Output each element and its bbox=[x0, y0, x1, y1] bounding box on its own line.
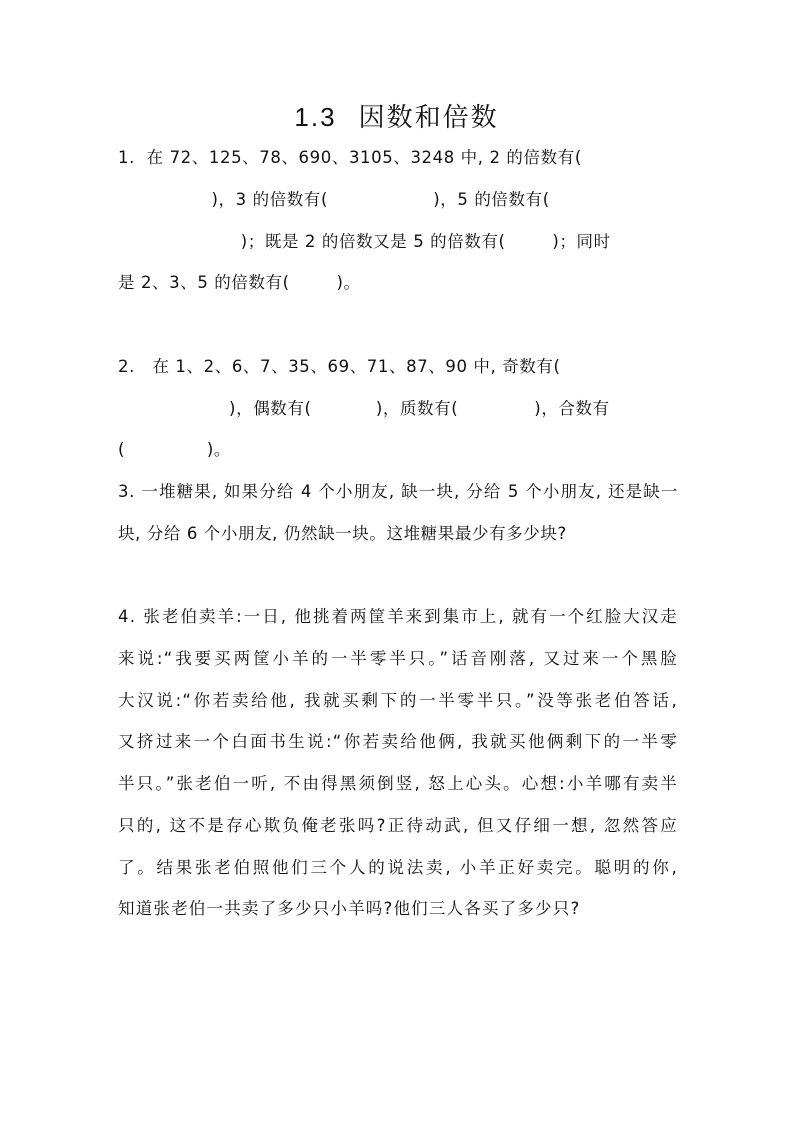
question-4-line-2: 来说:“我要买两筐小羊的一半零半只。”话音刚落, 又过来一个黑脸 bbox=[118, 648, 678, 670]
question-4-line-5: 半只。”张老伯一听, 不由得黑须倒竖, 怒上心头。心想:小羊哪有卖半 bbox=[118, 773, 678, 795]
question-1-line-3: )；既是 2 的倍数又是 5 的倍数有( )；同时 bbox=[118, 231, 678, 253]
question-4-line-6: 只的, 这不是存心欺负俺老张吗?正待动武, 但又仔细一想, 忽然答应 bbox=[118, 815, 678, 837]
question-2-line-1: 2. 在 1、2、6、7、35、69、71、87、90 中, 奇数有( bbox=[118, 356, 678, 378]
question-3-line-2: 块, 分给 6 个小朋友, 仍然缺一块。这堆糖果最少有多少块? bbox=[118, 523, 678, 545]
question-2-line-2: )，偶数有( )，质数有( )，合数有 bbox=[118, 398, 678, 420]
question-4-line-8: 知道张老伯一共卖了多少只小羊吗?他们三人各买了多少只? bbox=[118, 898, 678, 920]
question-1-line-4: 是 2、3、5 的倍数有( )。 bbox=[118, 272, 678, 294]
question-1-line-2: )，3 的倍数有( )，5 的倍数有( bbox=[118, 189, 678, 211]
question-1-line-1: 1. 在 72、125、78、690、3105、3248 中, 2 的倍数有( bbox=[118, 147, 678, 169]
worksheet-page: 1.3因数和倍数 1. 在 72、125、78、690、3105、3248 中,… bbox=[0, 0, 793, 1122]
title-number: 1.3 bbox=[294, 102, 336, 132]
page-title: 1.3因数和倍数 bbox=[0, 100, 793, 135]
question-2-line-3: ( )。 bbox=[118, 439, 678, 461]
question-3-line-1: 3. 一堆糖果, 如果分给 4 个小朋友, 缺一块, 分给 5 个小朋友, 还是… bbox=[118, 481, 678, 503]
title-text: 因数和倍数 bbox=[359, 103, 499, 133]
question-4-line-1: 4. 张老伯卖羊:一日, 他挑着两筐羊来到集市上, 就有一个红脸大汉走 bbox=[118, 606, 678, 628]
question-4-line-7: 了。结果张老伯照他们三个人的说法卖, 小羊正好卖完。聪明的你, bbox=[118, 857, 678, 879]
question-4-line-4: 又挤过来一个白面书生说:“你若卖给他俩, 我就买他俩剩下的一半零 bbox=[118, 731, 678, 753]
question-4-line-3: 大汉说:“你若卖给他, 我就买剩下的一半零半只。”没等张老伯答话, bbox=[118, 690, 678, 712]
